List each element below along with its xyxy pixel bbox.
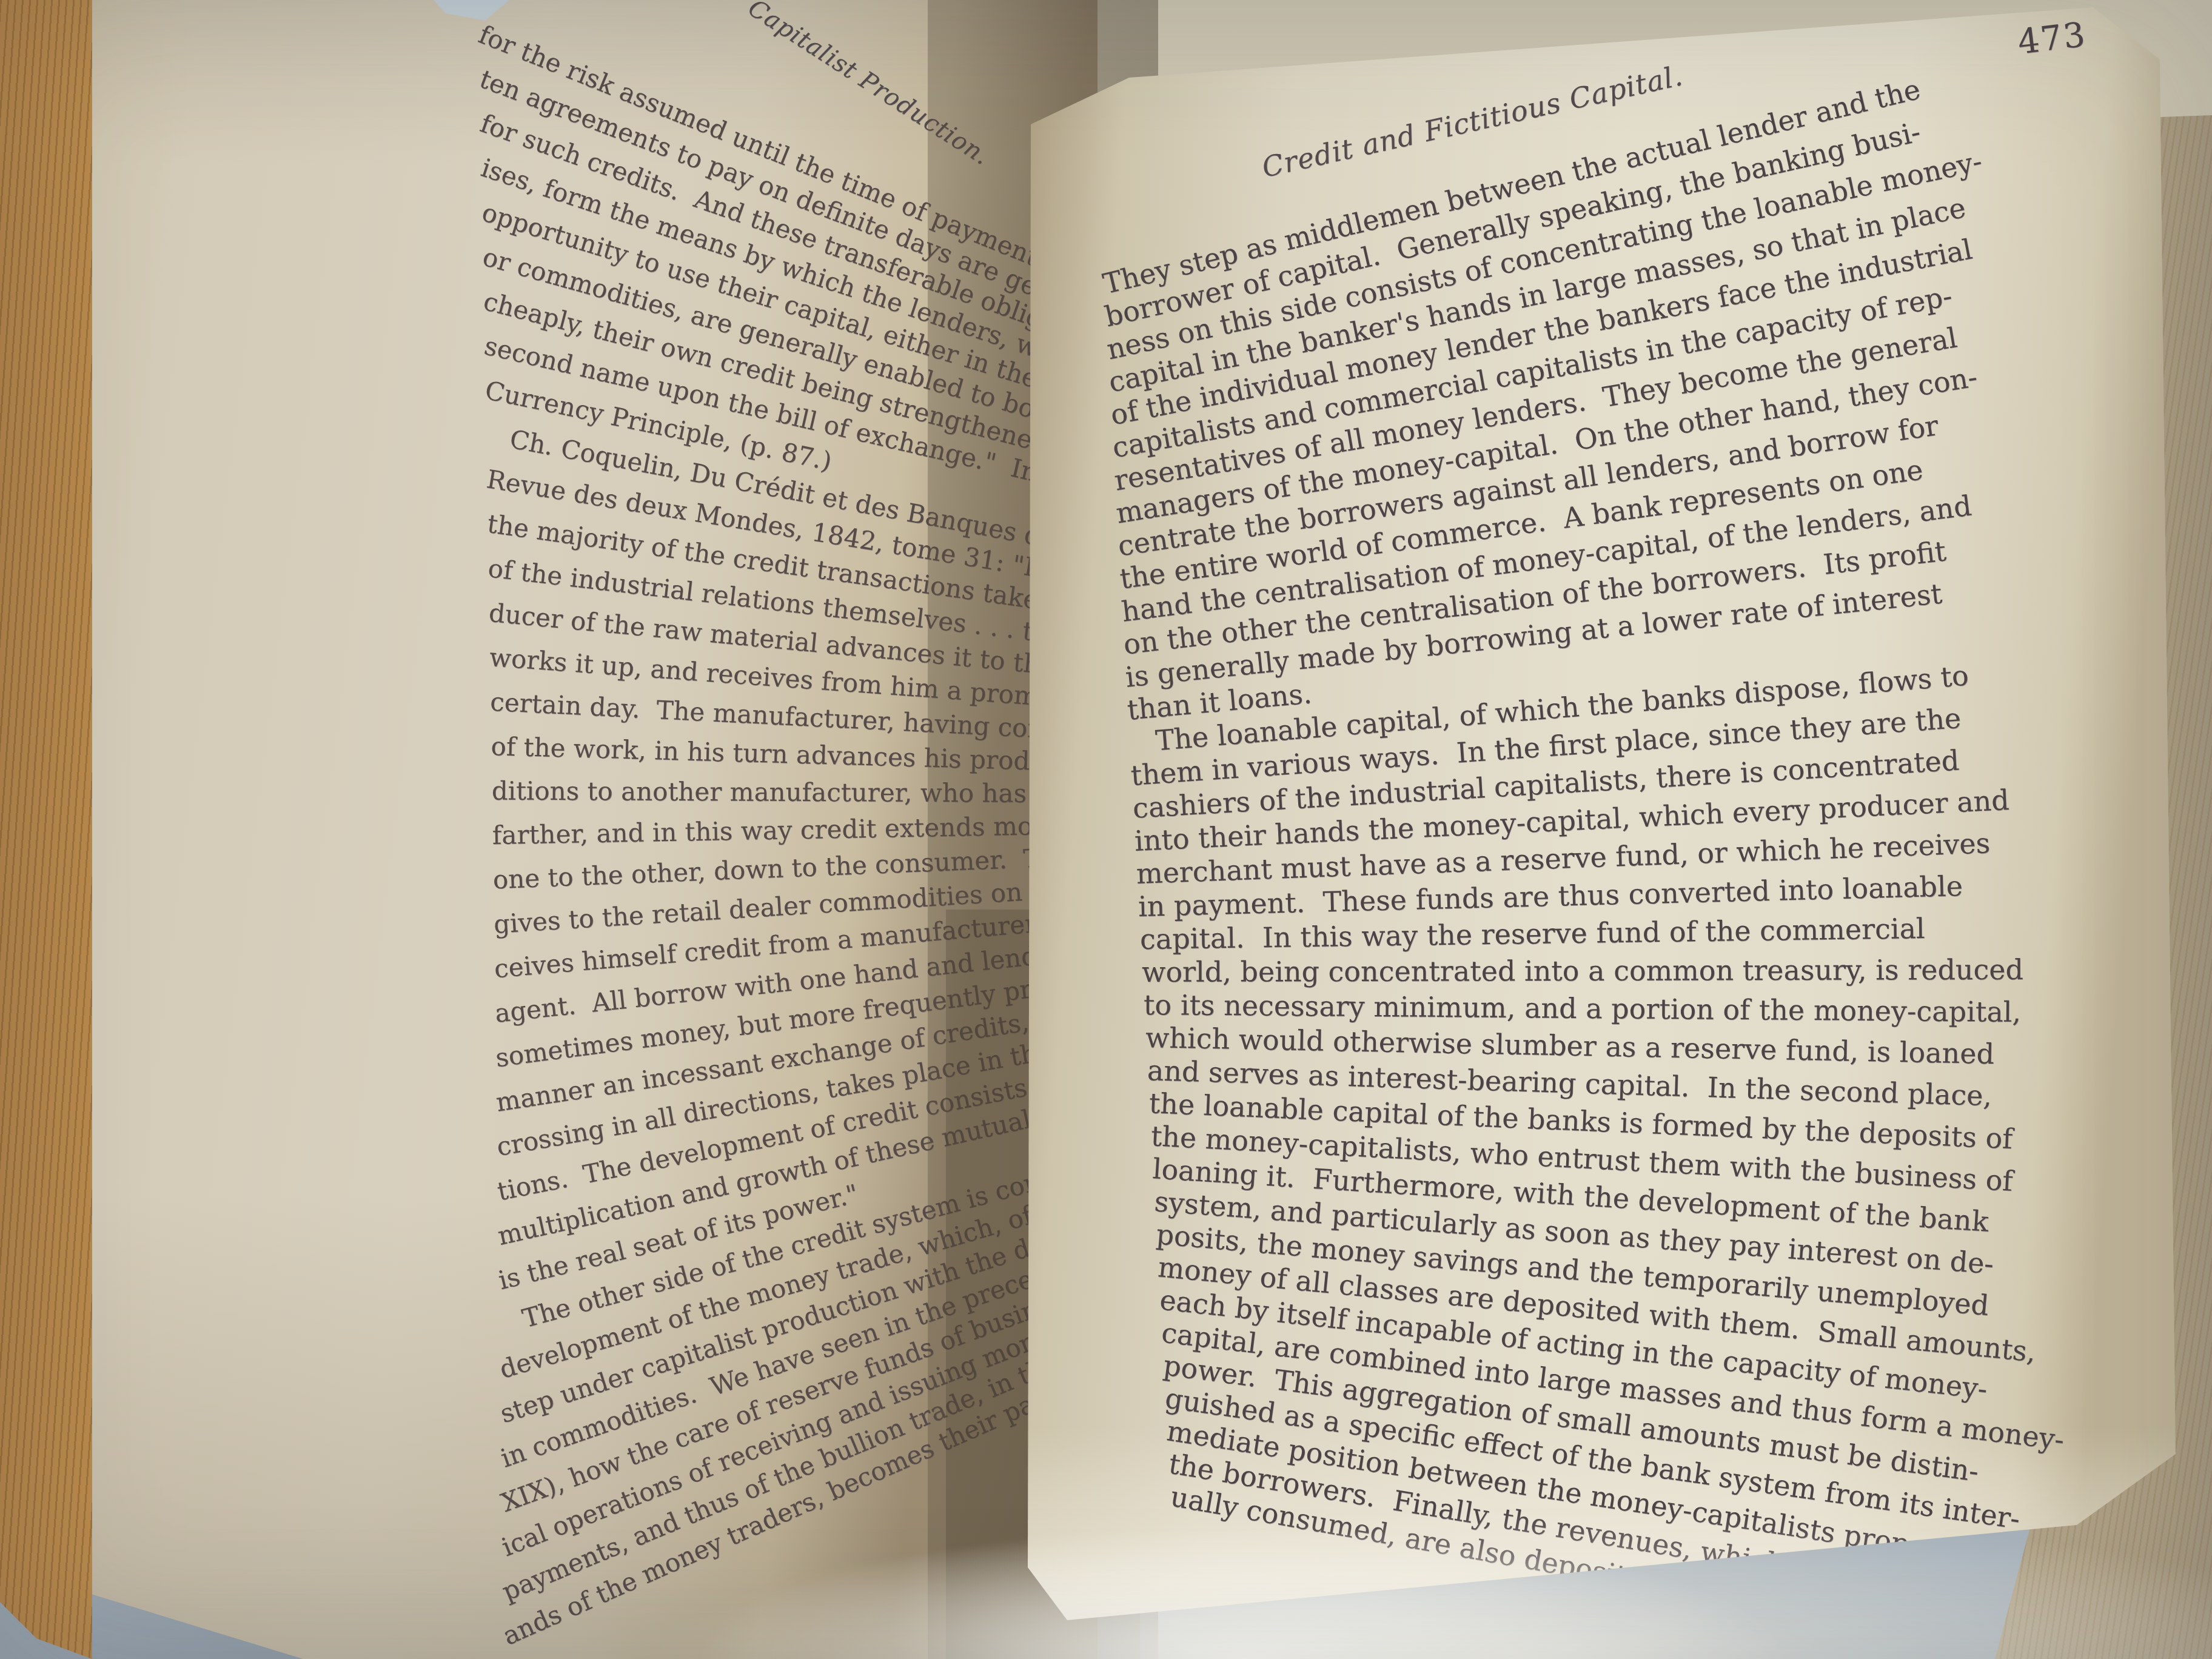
page-number: 473 <box>2016 15 2088 62</box>
text-line: world, being concentrated into a common … <box>1142 953 2023 988</box>
text-line: to its necessary minimum, and a portion … <box>1144 988 2021 1028</box>
book-photo: Capitalist Production. for the risk assu… <box>0 0 2212 1659</box>
